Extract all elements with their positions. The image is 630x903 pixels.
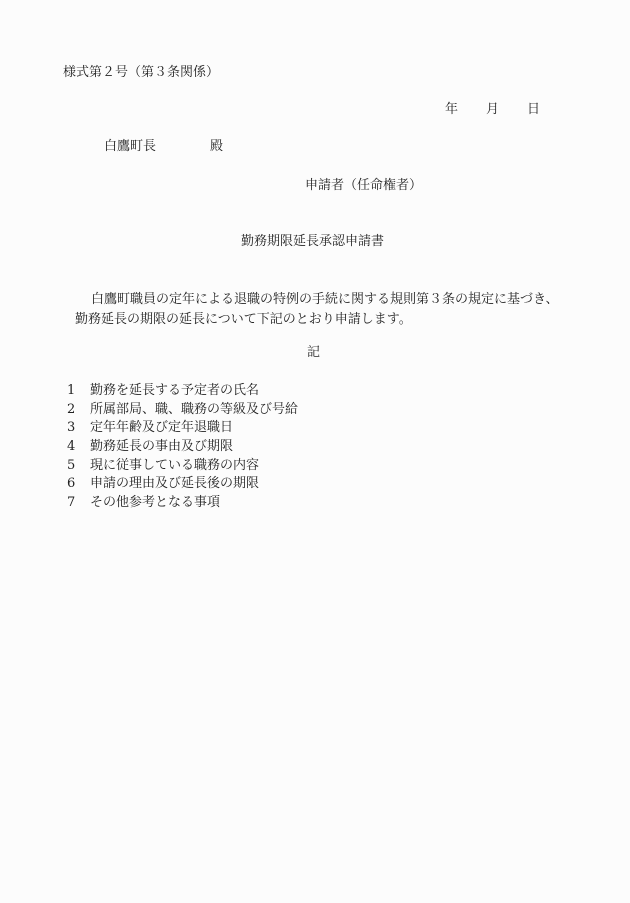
item-text: 勤務を延長する予定者の氏名 — [90, 382, 259, 401]
list-item: 4勤務延長の事由及び期限 — [67, 438, 298, 457]
date-day-label: 日 — [527, 103, 540, 116]
date-month-label: 月 — [486, 103, 499, 116]
item-text: 勤務延長の事由及び期限 — [90, 438, 233, 457]
item-number: 4 — [67, 438, 90, 457]
items-list: 1勤務を延長する予定者の氏名 2所属部局、職、職務の等級及び号給 3定年年齢及び… — [67, 382, 298, 513]
item-text: 現に従事している職務の内容 — [90, 457, 259, 476]
item-text: 申請の理由及び延長後の期限 — [90, 475, 259, 494]
list-item: 1勤務を延長する予定者の氏名 — [67, 382, 298, 401]
applicant-label: 申請者（任命権者） — [305, 179, 422, 192]
list-item: 2所属部局、職、職務の等級及び号給 — [67, 401, 298, 420]
item-number: 5 — [67, 457, 90, 476]
list-item: 5現に従事している職務の内容 — [67, 457, 298, 476]
item-number: 6 — [67, 475, 90, 494]
item-number: 7 — [67, 494, 90, 513]
addressee-honorific: 殿 — [210, 139, 223, 154]
item-text: 所属部局、職、職務の等級及び号給 — [90, 401, 298, 420]
list-item: 6申請の理由及び延長後の期限 — [67, 475, 298, 494]
ki-label: 記 — [307, 346, 320, 359]
item-text: 定年年齢及び定年退職日 — [90, 419, 233, 438]
item-number: 3 — [67, 419, 90, 438]
item-number: 1 — [67, 382, 90, 401]
addressee: 白鷹町長殿 — [104, 140, 223, 153]
form-number: 様式第２号（第３条関係） — [63, 66, 219, 79]
date-year-label: 年 — [445, 103, 458, 116]
item-number: 2 — [67, 401, 90, 420]
body-paragraph: 白鷹町職員の定年による退職の特例の手続に関する規則第３条の規定に基づき、 勤務延… — [75, 290, 558, 330]
body-line-2: 勤務延長の期限の延長について下記のとおり申請します。 — [75, 310, 558, 330]
body-line-1: 白鷹町職員の定年による退職の特例の手続に関する規則第３条の規定に基づき、 — [75, 290, 558, 310]
list-item: 3定年年齢及び定年退職日 — [67, 419, 298, 438]
item-text: その他参考となる事項 — [90, 494, 220, 513]
addressee-name: 白鷹町長 — [104, 139, 156, 154]
date-line: 年月日 — [445, 103, 540, 116]
list-item: 7その他参考となる事項 — [67, 494, 298, 513]
document-title: 勤務期限延長承認申請書 — [241, 235, 384, 248]
